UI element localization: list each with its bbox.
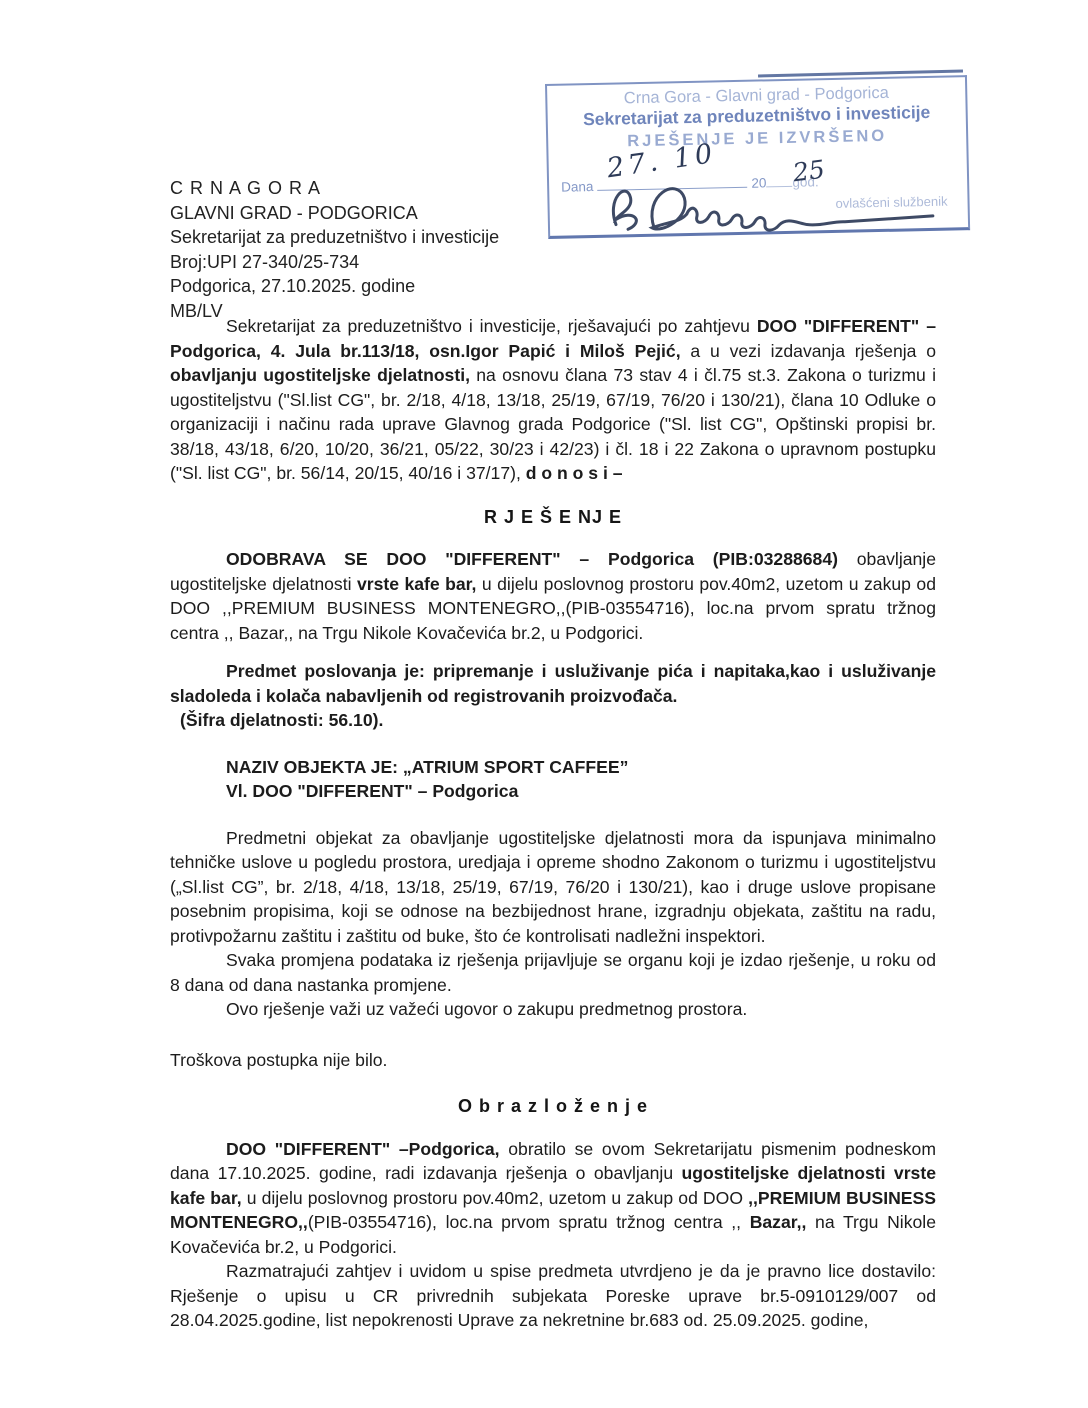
object-name-line: NAZIV OBJEKTA JE: „ATRIUM SPORT CAFFEE”	[226, 755, 936, 780]
letterhead-date: Podgorica, 27.10.2025. godine	[170, 274, 499, 299]
letterhead: C R N A G O R A GLAVNI GRAD - PODGORICA …	[170, 176, 499, 323]
heading-rjesenje: R J E Š E NJ E	[170, 505, 936, 530]
approval-type-bold: vrste kafe bar,	[357, 574, 476, 594]
business-subject-paragraph: Predmet poslovanja je: pripremanje i usl…	[170, 659, 936, 708]
activity-code-bold: (Šifra djelatnosti: 56.10).	[180, 710, 383, 730]
approval-bold: ODOBRAVA SE DOO "DIFFERENT" – Podgorica …	[226, 549, 838, 569]
review-paragraph: Razmatrajući zahtjev i uvidom u spise pr…	[170, 1259, 936, 1333]
stamp-date-label: Dana	[561, 179, 594, 195]
letterhead-secretariat: Sekretarijat za preduzetništvo i investi…	[170, 225, 499, 250]
execution-stamp: Crna Gora - Glavni grad - Podgorica Sekr…	[545, 75, 970, 239]
explanation-party-bold: DOO "DIFFERENT" –Podgorica,	[226, 1139, 500, 1159]
heading-obrazlozenje: O b r a z l o ž e n j e	[170, 1094, 936, 1119]
letterhead-country: C R N A G O R A	[170, 176, 499, 201]
activity-code-line: (Šifra djelatnosti: 56.10).	[170, 708, 936, 733]
explanation-bazar-bold: Bazar,,	[750, 1212, 807, 1232]
object-owner-line: Vl. DOO "DIFFERENT" – Podgorica	[226, 779, 936, 804]
document-page: Crna Gora - Glavni grad - Podgorica Sekr…	[0, 0, 1088, 1408]
business-subject-bold: Predmet poslovanja je: pripremanje i usl…	[170, 661, 936, 706]
letterhead-city: GLAVNI GRAD - PODGORICA	[170, 201, 499, 226]
intro-paragraph: Sekretarijat za preduzetništvo i investi…	[170, 314, 936, 486]
document-body: Sekretarijat za preduzetništvo i investi…	[170, 314, 936, 1333]
signature	[599, 164, 945, 243]
intro-donosi-bold: d o n o s i –	[526, 463, 623, 483]
lease-validity-line: Ovo rješenje važi uz važeći ugovor o zak…	[170, 997, 936, 1022]
intro-seg1: Sekretarijat za preduzetništvo i investi…	[226, 316, 757, 336]
explanation-seg6: (PIB-03554716), loc.na prvom spratu tržn…	[308, 1212, 750, 1232]
technical-conditions-paragraph: Predmetni objekat za obavljanje ugostite…	[170, 826, 936, 949]
explanation-seg4: u dijelu poslovnog prostoru pov.40m2, uz…	[242, 1188, 749, 1208]
intro-activity-bold: obavljanju ugostiteljske djelatnosti,	[170, 365, 470, 385]
explanation-paragraph: DOO "DIFFERENT" –Podgorica, obratilo se …	[170, 1137, 936, 1260]
object-name-block: NAZIV OBJEKTA JE: „ATRIUM SPORT CAFFEE” …	[170, 755, 936, 804]
approval-paragraph: ODOBRAVA SE DOO "DIFFERENT" – Podgorica …	[170, 547, 936, 645]
letterhead-case-number: Broj:UPI 27-340/25-734	[170, 250, 499, 275]
change-notification-paragraph: Svaka promjena podataka iz rješenja prij…	[170, 948, 936, 997]
intro-seg3: a u vezi izdavanja rješenja o	[681, 341, 936, 361]
costs-line: Troškova postupka nije bilo.	[170, 1048, 936, 1073]
